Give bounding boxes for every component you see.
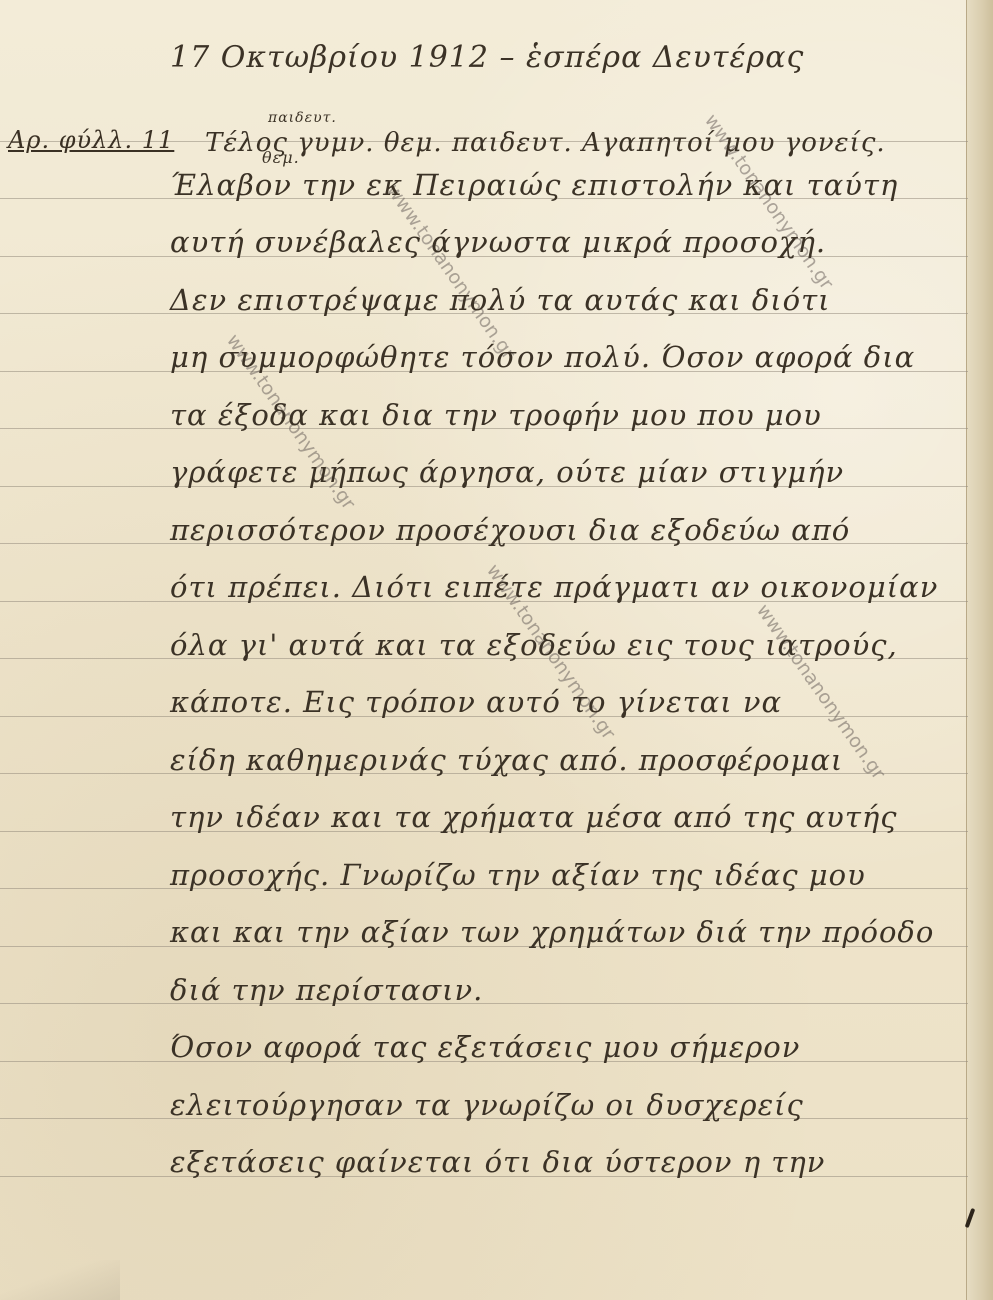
letter-line: Έλαβον την εκ Πειραιώς επιστολήν και ταύ… (170, 168, 898, 202)
margin-note: Αρ. φύλλ. 11 (8, 126, 174, 154)
interlinear-note-below: θεμ. (262, 148, 300, 167)
letter-line: είδη καθημερινάς τύχας από. προσφέρομαι (170, 743, 843, 777)
interlinear-note-above: παιδευτ. (268, 110, 337, 126)
letter-line: ότι πρέπει. Διότι ειπέτε πράγματι αν οικ… (170, 570, 938, 604)
letter-line: όλα γι' αυτά και τα εξοδεύω εις τους ιατ… (170, 628, 898, 662)
letter-line: περισσότερον προσέχουσι δια εξοδεύω από (170, 513, 850, 547)
page-bottom-fold (0, 1260, 120, 1300)
letter-line: διά την περίστασιν. (170, 973, 483, 1007)
letter-line: Όσον αφορά τας εξετάσεις μου σήμερον (170, 1030, 800, 1064)
letter-line: μη συμμορφώθητε τόσον πολύ. Όσον αφορά δ… (170, 340, 915, 374)
letter-line: κάποτε. Εις τρόπον αυτό το γίνεται να (170, 685, 782, 719)
letter-date: 17 Οκτωβρίου 1912 – ἑσπέρα Δευτέρας (170, 40, 804, 75)
letter-line: Δεν επιστρέψαμε πολύ τα αυτάς και διότι (170, 283, 831, 317)
letter-line: γράφετε μήπως άργησα, ούτε μίαν στιγμήν (170, 455, 844, 489)
letter-line: προσοχής. Γνωρίζω την αξίαν της ιδέας μο… (170, 858, 866, 892)
margin-note-text: Αρ. φύλλ. 11 (8, 126, 174, 154)
letter-line: την ιδέαν και τα χρήματα μέσα από της αυ… (170, 800, 897, 834)
page-right-edge (966, 0, 993, 1300)
letter-line: αυτή συνέβαλες άγνωστα μικρά προσοχή. (170, 225, 826, 259)
letter-line: ελειτούργησαν τα γνωρίζω οι δυσχερείς (170, 1088, 804, 1122)
letter-page: www.tonanonymon.gr www.tonanonymon.gr ww… (0, 0, 993, 1300)
letter-line: και και την αξίαν των χρημάτων διά την π… (170, 915, 934, 949)
letter-line: εξετάσεις φαίνεται ότι δια ύστερον η την (170, 1145, 825, 1179)
ruled-line (0, 1003, 968, 1004)
letter-line: τα έξοδα και δια την τροφήν μου που μου (170, 398, 822, 432)
letter-greeting: Τέλος γυμν. θεμ. παιδευτ. Αγαπητοί μου γ… (205, 128, 886, 158)
watermark: www.tonanonymon.gr (382, 180, 520, 364)
